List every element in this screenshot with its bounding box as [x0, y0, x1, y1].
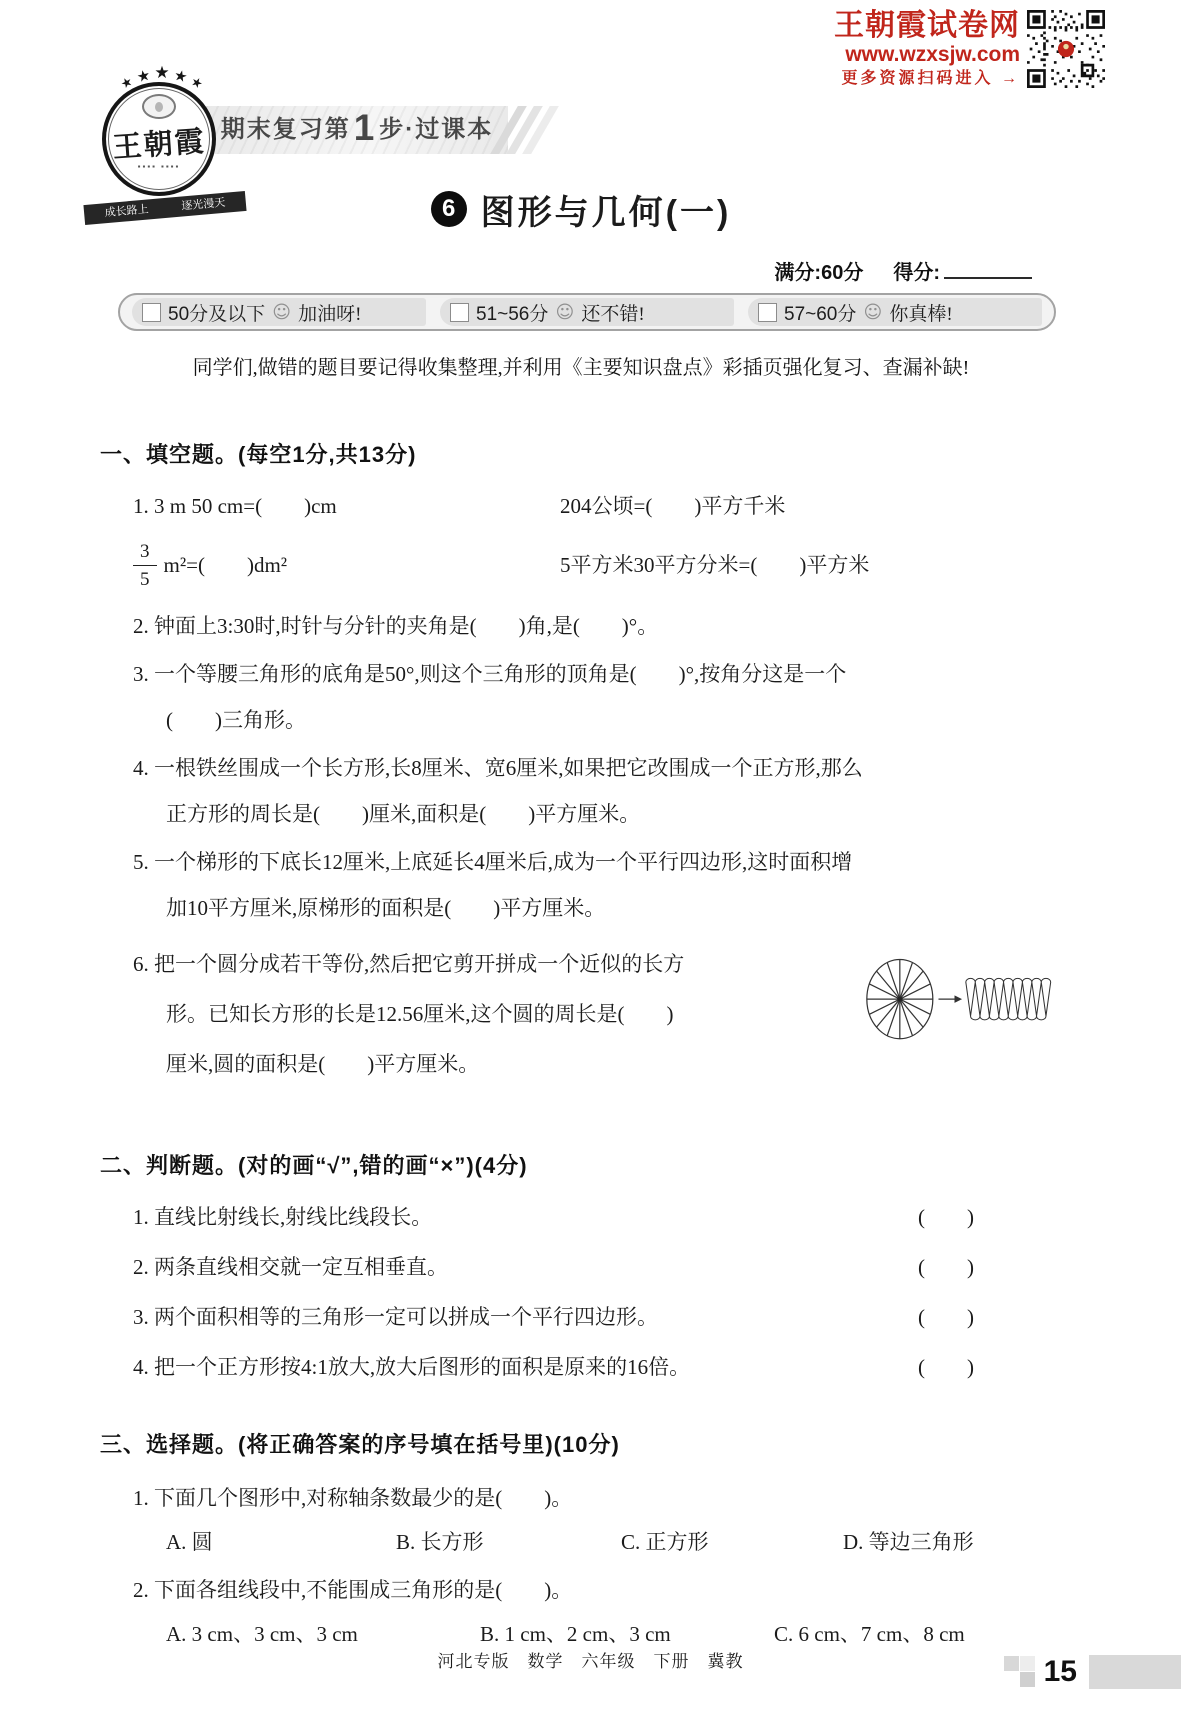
score-segment-low: 50分及以下 ☺ 加油呀!	[132, 298, 426, 326]
logo-name: 王朝霞	[105, 118, 214, 166]
fill-q5-line1: 5. 一个梯形的下底长12厘米,上底延长4厘米后,成为一个平行四边形,这时面积增	[100, 849, 1062, 875]
full-score-label: 满分:60分	[774, 262, 863, 284]
ribbon-right-text: 逐光漫天	[181, 194, 226, 216]
fill-q6-line1: 6. 把一个圆分成若干等份,然后把它剪开拼成一个近似的长方	[100, 951, 864, 977]
worksheet-page: 王朝霞试卷网 www.wzxsjw.com 更多资源扫码进入 → ★★★★★ 王…	[0, 0, 1181, 1730]
judge-item-text: 4. 把一个正方形按4:1放大,放大后图形的面积是原来的16倍。	[100, 1354, 690, 1380]
fill-q5-line2: 加10平方厘米,原梯形的面积是( )平方厘米。	[100, 895, 1062, 921]
judge-item-row: 2. 两条直线相交就一定互相垂直。 ( )	[100, 1254, 1062, 1280]
fill-q4-line1: 4. 一根铁丝围成一个长方形,长8厘米、宽6厘米,如果把它改围成一个正方形,那么	[100, 755, 1062, 781]
option-b: B. 长方形	[396, 1529, 621, 1555]
page-bar-decoration	[1089, 1655, 1181, 1689]
choice-q1-options: A. 圆 B. 长方形 C. 正方形 D. 等边三角形	[100, 1529, 1062, 1555]
fill-q1b-row: 3 5 m²=( )dm² 5平方米30平方分米=( )平方米	[100, 533, 1062, 597]
score-checkbox[interactable]	[758, 303, 777, 322]
fill-q6-line2: 形。已知长方形的长是12.56厘米,这个圆的周长是( )	[100, 1001, 864, 1027]
judge-item-row: 3. 两个面积相等的三角形一定可以拼成一个平行四边形。 ( )	[100, 1304, 1062, 1330]
fill-q1-row: 1. 3 m 50 cm=( )cm 204公顷=( )平方千米	[100, 493, 1062, 519]
answer-bracket: ( )	[918, 1254, 974, 1280]
smiley-face-icon: ☺	[555, 303, 574, 322]
judge-item-text: 1. 直线比射线长,射线比线段长。	[100, 1204, 432, 1230]
score-checkbox[interactable]	[450, 303, 469, 322]
score-segment-mid: 51~56分 ☺ 还不错!	[440, 298, 734, 326]
answer-bracket: ( )	[918, 1204, 974, 1230]
page-number-block: 15	[1004, 1654, 1181, 1690]
fill-q4-line2: 正方形的周长是( )厘米,面积是( )平方厘米。	[100, 801, 1062, 827]
score-range-label: 51~56分	[476, 299, 548, 326]
fill-q6-text: 6. 把一个圆分成若干等份,然后把它剪开拼成一个近似的长方 形。已知长方形的长是…	[100, 951, 864, 1101]
praise-label: 加油呀!	[298, 299, 361, 326]
review-step-banner: 期末复习第 1 步·过课本	[206, 106, 508, 154]
banner-text-pre: 期末复习第	[221, 106, 351, 154]
ribbon-left-text: 成长路上	[104, 200, 149, 222]
fill-q3-line1: 3. 一个等腰三角形的底角是50°,则这个三角形的顶角是( )°,按角分这是一个	[100, 661, 1062, 687]
judge-item-row: 1. 直线比射线长,射线比线段长。 ( )	[100, 1204, 1062, 1230]
score-blank-line	[944, 261, 1032, 279]
fill-q6-line3: 厘米,圆的面积是( )平方厘米。	[100, 1051, 864, 1077]
notice-text: 同学们,做错的题目要记得收集整理,并利用《主要知识盘点》彩插页强化复习、查漏补缺…	[100, 351, 1062, 380]
unit-number-badge: 6	[431, 191, 467, 227]
fraction: 3 5	[133, 542, 157, 589]
judge-item-text: 3. 两个面积相等的三角形一定可以拼成一个平行四边形。	[100, 1304, 658, 1330]
logo-circle: 王朝霞 ▪▪▪▪ ▪▪▪▪	[102, 82, 216, 196]
judge-section-heading: 二、判断题。(对的画“√”,错的画“×”)(4分)	[100, 1149, 1062, 1180]
score-range-label: 57~60分	[784, 299, 856, 326]
star-icon: ★	[188, 73, 206, 93]
fill-q2: 2. 钟面上3:30时,时针与分针的夹角是( )角,是( )°。	[100, 613, 1062, 639]
worksheet-content: 6 图形与几何(一) 满分:60分得分: 50分及以下 ☺ 加油呀! 51~56…	[100, 188, 1062, 1647]
option-a: A. 3 cm、3 cm、3 cm	[166, 1621, 480, 1647]
checker-decoration	[1004, 1656, 1036, 1688]
option-d: D. 等边三角形	[843, 1529, 974, 1555]
banner-step-number: 1	[354, 104, 377, 152]
star-icon: ★	[135, 66, 152, 88]
choice-q2: 2. 下面各组线段中,不能围成三角形的是( )。	[100, 1577, 1062, 1603]
score-checkbox[interactable]	[142, 303, 161, 322]
fill-q1-right: 204公顷=( )平方千米	[560, 493, 785, 519]
choice-q2-options: A. 3 cm、3 cm、3 cm B. 1 cm、2 cm、3 cm C. 6…	[100, 1621, 1062, 1647]
portrait-icon	[142, 94, 176, 119]
fill-q1b-right: 5平方米30平方分米=( )平方米	[560, 552, 869, 578]
fraction-denominator: 5	[133, 565, 157, 589]
option-a: A. 圆	[166, 1529, 396, 1555]
score-segment-high: 57~60分 ☺ 你真棒!	[748, 298, 1042, 326]
page-number: 15	[1038, 1654, 1089, 1690]
answer-bracket: ( )	[918, 1354, 974, 1380]
banner-slash-decoration	[504, 106, 545, 154]
site-url: www.wzxsjw.com	[720, 42, 1020, 68]
smiley-face-icon: ☺	[863, 303, 882, 322]
banner-text-post: 步·过课本	[379, 106, 493, 154]
circle-cut-rearrange-figure	[864, 951, 1062, 1101]
judge-item-row: 4. 把一个正方形按4:1放大,放大后图形的面积是原来的16倍。 ( )	[100, 1354, 1062, 1380]
qr-code-icon	[1027, 10, 1105, 88]
logo-subtext-decoration: ▪▪▪▪ ▪▪▪▪	[106, 162, 212, 171]
option-c: C. 正方形	[621, 1529, 843, 1555]
option-b: B. 1 cm、2 cm、3 cm	[480, 1621, 774, 1647]
answer-bracket: ( )	[918, 1304, 974, 1330]
fill-section-heading: 一、填空题。(每空1分,共13分)	[100, 438, 1062, 469]
page-title: 图形与几何(一)	[481, 185, 732, 234]
choice-q1: 1. 下面几个图形中,对称轴条数最少的是( )。	[100, 1485, 1062, 1511]
fill-q3-line2: ( )三角形。	[100, 707, 1062, 733]
choice-section-heading: 三、选择题。(将正确答案的序号填在括号里)(10分)	[100, 1428, 1062, 1459]
fill-q1-left: 1. 3 m 50 cm=( )cm	[100, 493, 560, 519]
score-band-bar: 50分及以下 ☺ 加油呀! 51~56分 ☺ 还不错! 57~60分 ☺ 你真棒…	[118, 293, 1056, 331]
fill-q1b-left: m²=( )dm²	[164, 552, 288, 578]
option-c: C. 6 cm、7 cm、8 cm	[774, 1621, 965, 1647]
smiley-face-icon: ☺	[272, 303, 291, 322]
site-tagline: 更多资源扫码进入 →	[720, 68, 1020, 90]
score-range-label: 50分及以下	[168, 299, 265, 326]
praise-label: 你真棒!	[889, 299, 952, 326]
site-name: 王朝霞试卷网	[720, 10, 1020, 42]
fill-q1b-left-group: 3 5 m²=( )dm²	[100, 542, 560, 589]
praise-label: 还不错!	[581, 299, 644, 326]
star-icons: ★★★★★	[92, 64, 232, 84]
star-icon: ★	[154, 63, 169, 83]
score-label: 得分:	[893, 262, 940, 284]
fill-q6-block: 6. 把一个圆分成若干等份,然后把它剪开拼成一个近似的长方 形。已知长方形的长是…	[100, 951, 1062, 1101]
star-icon: ★	[172, 66, 189, 88]
fraction-numerator: 3	[133, 542, 157, 565]
judge-item-text: 2. 两条直线相交就一定互相垂直。	[100, 1254, 448, 1280]
site-info-block: 王朝霞试卷网 www.wzxsjw.com 更多资源扫码进入 →	[720, 10, 1020, 90]
score-row: 满分:60分得分:	[100, 256, 1062, 285]
